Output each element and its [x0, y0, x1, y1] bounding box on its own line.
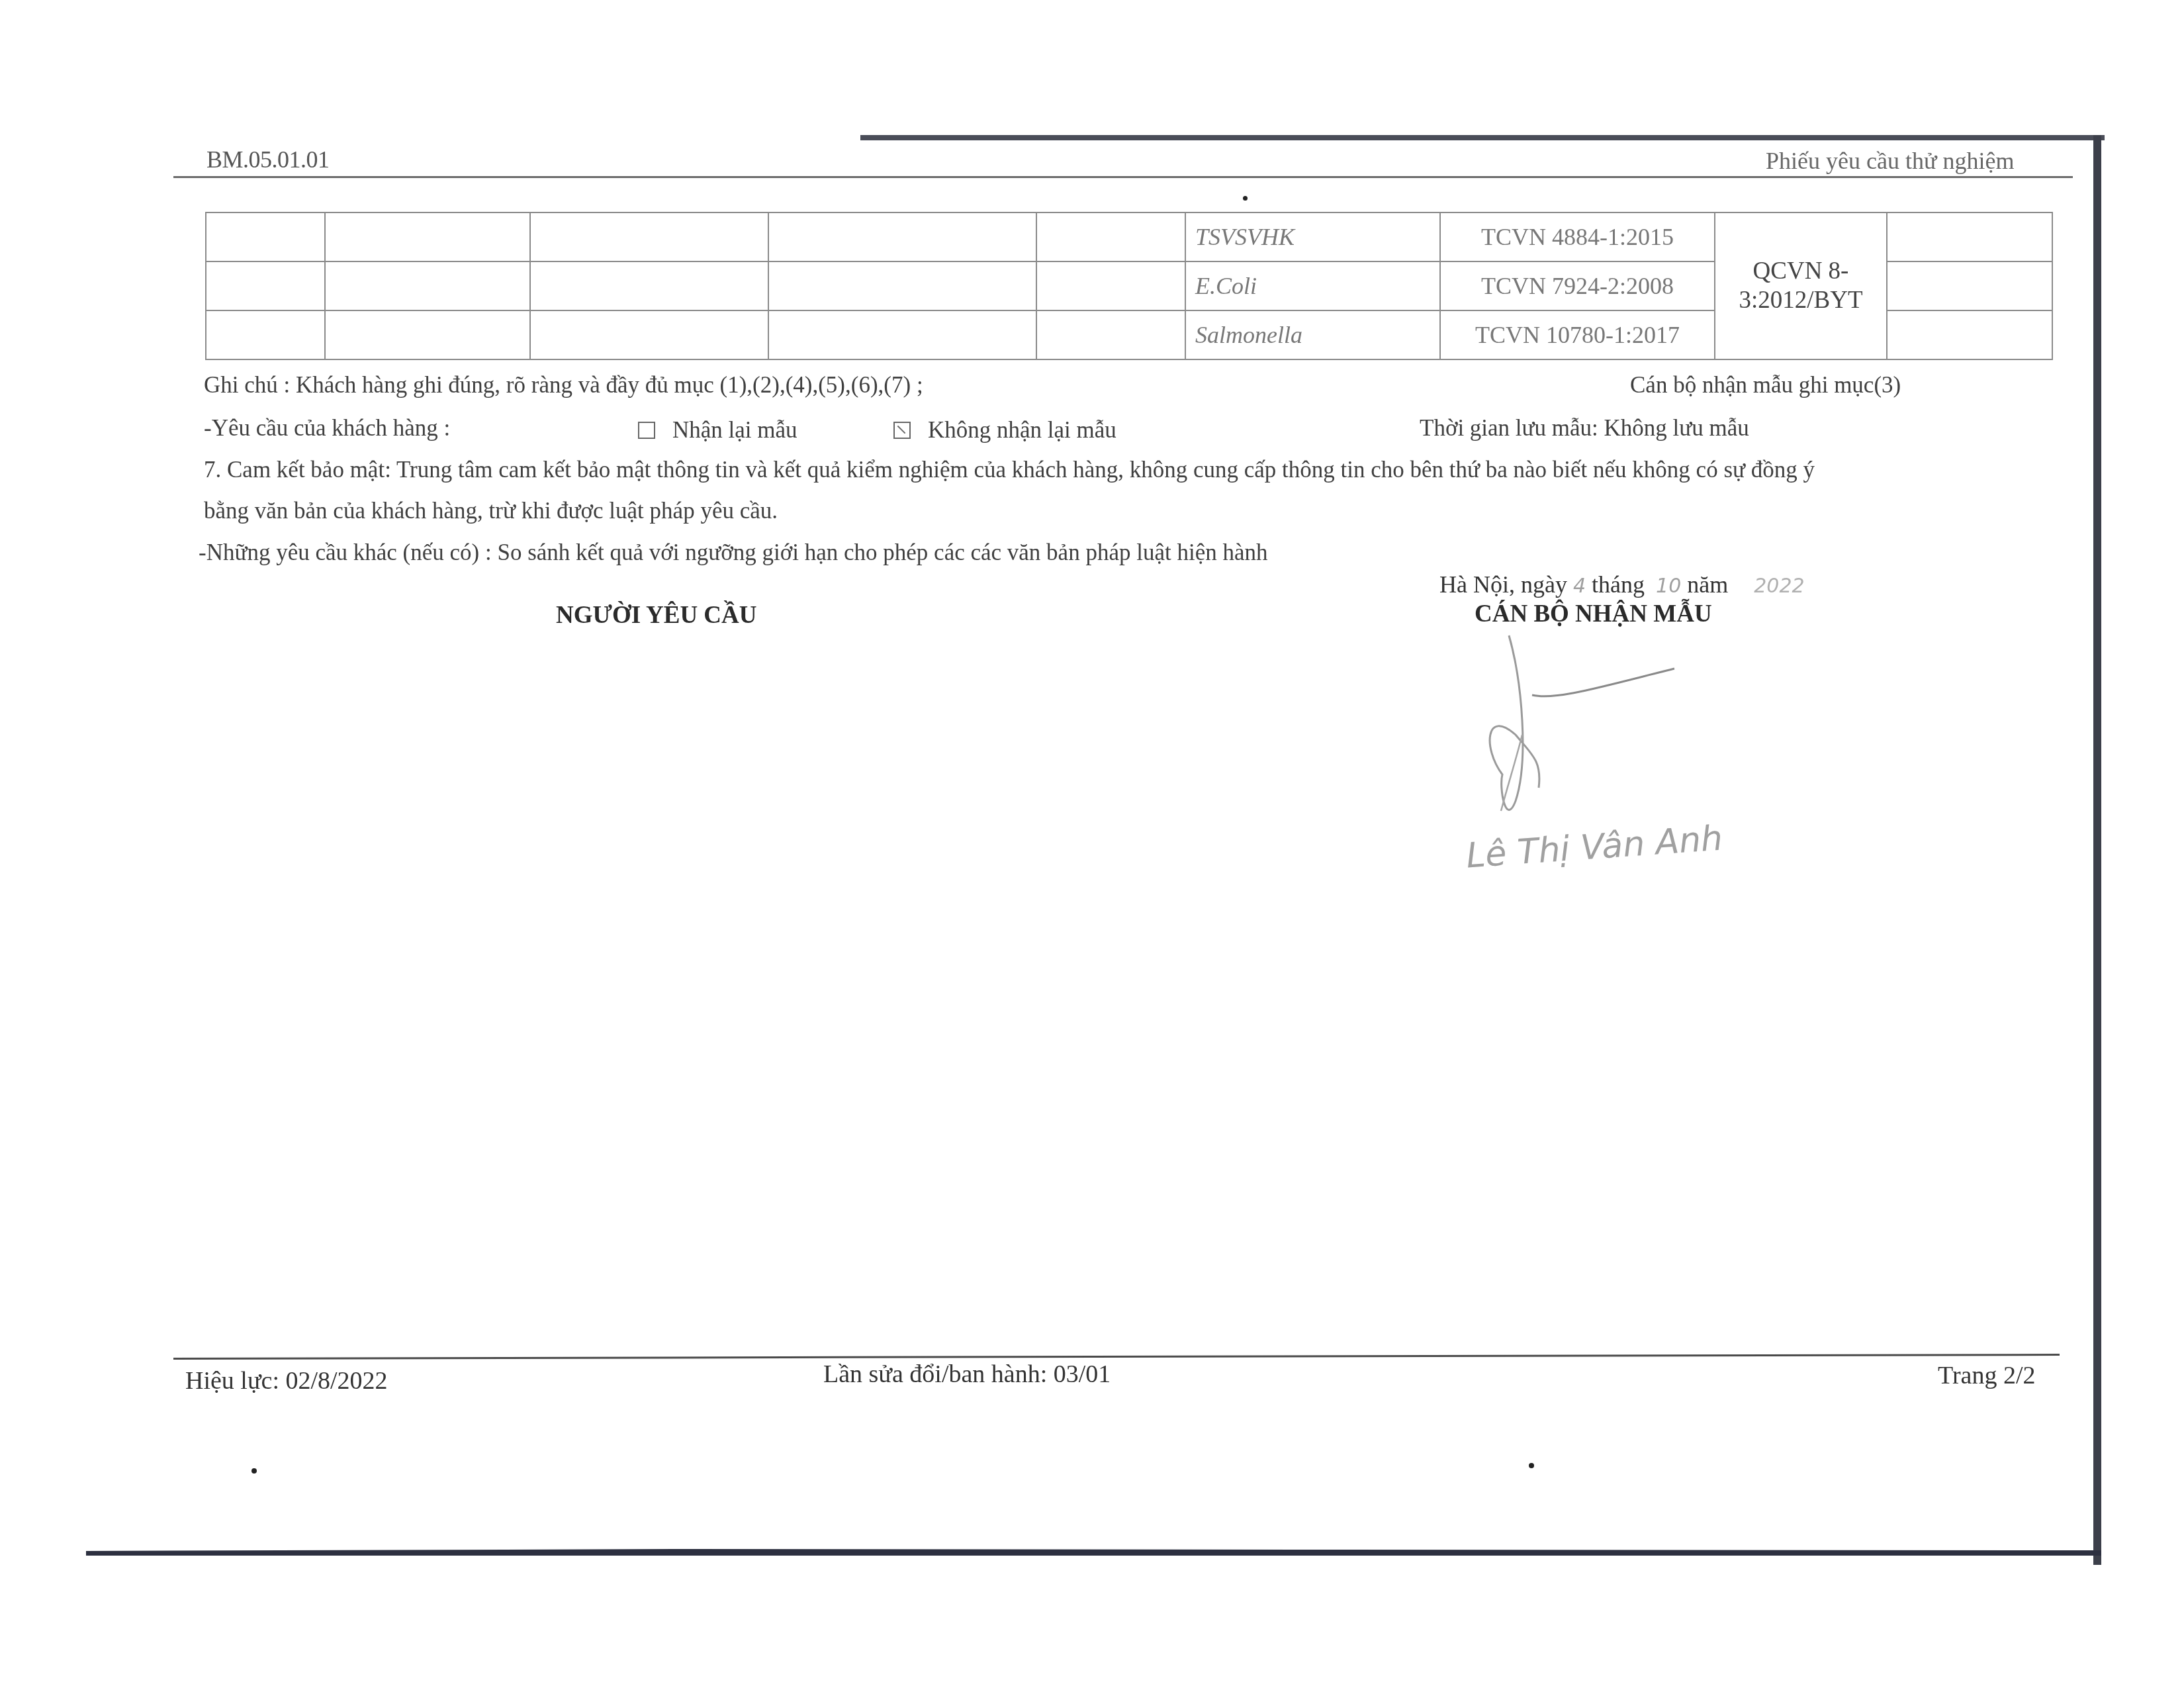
- year-label: năm: [1687, 571, 1728, 598]
- table-cell: [325, 212, 530, 261]
- method-cell: TCVN 10780-1:2017: [1440, 310, 1715, 359]
- table-cell: [768, 310, 1036, 359]
- option-return-label: Nhận lại mẫu: [672, 417, 797, 443]
- date-line: Hà Nội, ngày 4 tháng 10 năm 2022: [1439, 571, 1805, 598]
- table-cell: [1887, 261, 2052, 310]
- table-cell: [768, 212, 1036, 261]
- table-cell: [206, 310, 325, 359]
- day-handwritten: 4: [1573, 575, 1586, 598]
- header-rule: [173, 176, 2073, 178]
- table-cell: [530, 261, 768, 310]
- requester-title: NGƯỜI YÊU CẦU: [556, 601, 757, 630]
- receiver-title: CÁN BỘ NHẬN MẪU: [1475, 600, 1712, 628]
- option-no-return-label: Không nhận lại mẫu: [928, 417, 1116, 443]
- table-row: TSVSVHK TCVN 4884-1:2015 QCVN 8- 3:2012/…: [206, 212, 2052, 261]
- indicator-cell: E.Coli: [1185, 261, 1440, 310]
- table-cell: [1036, 310, 1185, 359]
- scan-edge-bottom: [86, 1549, 2101, 1556]
- footer-revision: Lần sửa đổi/ban hành: 03/01: [823, 1360, 1111, 1389]
- standard-line1: QCVN 8-: [1753, 258, 1849, 285]
- footer-page: Trang 2/2: [1938, 1361, 2035, 1390]
- scan-speck: [1529, 1463, 1534, 1468]
- month-label: tháng: [1592, 571, 1645, 598]
- confidentiality-line1: 7. Cam kết bảo mật: Trung tâm cam kết bả…: [204, 457, 1815, 483]
- footer-effective: Hiệu lực: 02/8/2022: [185, 1366, 388, 1395]
- table-cell: [1036, 261, 1185, 310]
- indicator-cell: TSVSVHK: [1185, 212, 1440, 261]
- storage-time: Thời gian lưu mẫu: Không lưu mẫu: [1420, 415, 1749, 442]
- table-cell: [768, 261, 1036, 310]
- checkbox-unchecked-icon[interactable]: [638, 422, 655, 439]
- table-cell: [530, 212, 768, 261]
- table-cell: [325, 310, 530, 359]
- staff-note: Cán bộ nhận mẫu ghi mục(3): [1630, 372, 1901, 399]
- other-requests: -Những yêu cầu khác (nếu có) : So sánh k…: [199, 539, 1267, 566]
- customer-note: Ghi chú : Khách hàng ghi đúng, rõ ràng v…: [204, 372, 923, 399]
- form-title: Phiếu yêu cầu thử nghiệm: [1766, 147, 2014, 175]
- form-code: BM.05.01.01: [206, 146, 330, 173]
- method-cell: TCVN 4884-1:2015: [1440, 212, 1715, 261]
- option-no-return[interactable]: Không nhận lại mẫu: [893, 417, 1116, 444]
- standard-line2: 3:2012/BYT: [1739, 287, 1862, 314]
- confidentiality-line2: bằng văn bản của khách hàng, trừ khi đượ…: [204, 498, 778, 524]
- table-cell: [1887, 212, 2052, 261]
- table-cell: [530, 310, 768, 359]
- test-table: TSVSVHK TCVN 4884-1:2015 QCVN 8- 3:2012/…: [205, 212, 2053, 360]
- table-cell: [1887, 310, 2052, 359]
- month-handwritten: 10: [1656, 575, 1681, 598]
- table-cell: [206, 261, 325, 310]
- method-cell: TCVN 7924-2:2008: [1440, 261, 1715, 310]
- table-cell: [325, 261, 530, 310]
- scan-edge-top: [860, 135, 2105, 140]
- table-cell: [206, 212, 325, 261]
- footer-rule: [173, 1354, 2060, 1360]
- option-return[interactable]: Nhận lại mẫu: [638, 417, 797, 444]
- indicator-cell: Salmonella: [1185, 310, 1440, 359]
- standard-cell: QCVN 8- 3:2012/BYT: [1715, 212, 1887, 359]
- checkbox-checked-icon[interactable]: [893, 422, 911, 439]
- table-cell: [1036, 212, 1185, 261]
- request-label: -Yêu cầu của khách hàng :: [204, 415, 450, 442]
- scan-edge-right: [2093, 135, 2101, 1565]
- scan-speck: [1243, 196, 1248, 201]
- year-handwritten: 2022: [1754, 575, 1804, 598]
- date-prefix: Hà Nội, ngày: [1439, 571, 1567, 598]
- scan-speck: [251, 1468, 257, 1474]
